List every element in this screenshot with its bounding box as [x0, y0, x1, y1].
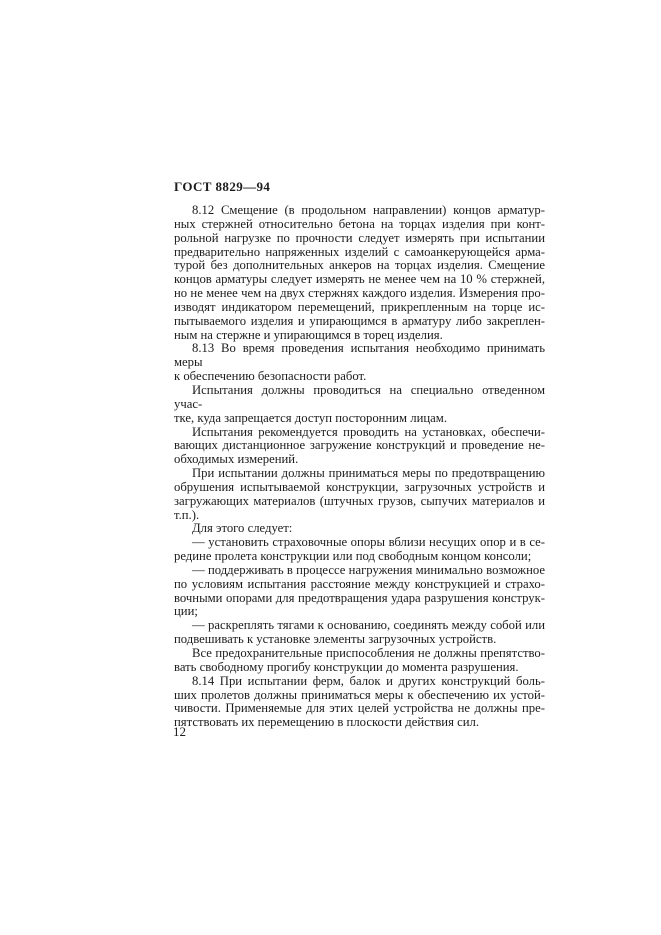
paragraph: — поддерживать в процессе нагружения мин… [174, 564, 545, 619]
text-line: 8.13 Во время проведения испытания необх… [174, 342, 545, 370]
text-line: рольной нагрузке по прочности следует из… [174, 232, 545, 246]
text-line: загружающих материалов (штучных грузов, … [174, 495, 545, 509]
text-line: ции; [174, 605, 545, 619]
text-line: вающих дистанционное загружение конструк… [174, 439, 545, 453]
document-header: ГОСТ 8829—94 [174, 179, 270, 195]
text-line: пятствовать их перемещению в плоскости д… [174, 716, 545, 730]
text-line: При испытании должны приниматься меры по… [174, 467, 545, 481]
text-line: редине пролета конструкции или под свобо… [174, 550, 545, 564]
text-line: — раскреплять тягами к основанию, соедин… [174, 619, 545, 633]
text-line: к обеспечению безопасности работ. [174, 370, 545, 384]
text-line: турой без дополнительных анкеров на торц… [174, 259, 545, 273]
text-line: вочными опорами для предотвращения удара… [174, 592, 545, 606]
paragraph: 8.13 Во время проведения испытания необх… [174, 342, 545, 384]
paragraph: Все предохранительные приспособления не … [174, 647, 545, 675]
text-line: изводят индикатором перемещений, прикреп… [174, 301, 545, 315]
text-line: 8.12 Смещение (в продольном направлении)… [174, 204, 545, 218]
paragraph: Испытания должны проводиться на специаль… [174, 384, 545, 426]
text-line: но не менее чем на двух стержнях каждого… [174, 287, 545, 301]
text-line: — поддерживать в процессе нагружения мин… [174, 564, 545, 578]
paragraph: — установить страховочные опоры вблизи н… [174, 536, 545, 564]
text-line: обрушения испытываемой конструкции, загр… [174, 481, 545, 495]
text-line: вать свободному прогибу конструкции до м… [174, 661, 545, 675]
text-line: чивости. Применяемые для этих целей устр… [174, 702, 545, 716]
text-line: 8.14 При испытании ферм, балок и других … [174, 675, 545, 689]
text-line: — установить страховочные опоры вблизи н… [174, 536, 545, 550]
paragraph: Испытания рекомендуется проводить на уст… [174, 426, 545, 468]
document-page: ГОСТ 8829—94 8.12 Смещение (в продольном… [0, 0, 661, 935]
document-body: 8.12 Смещение (в продольном направлении)… [174, 204, 545, 730]
text-line: концов арматуры следует измерять не мене… [174, 273, 545, 287]
text-line: подвешивать к установке элементы загрузо… [174, 633, 545, 647]
text-line: тке, куда запрещается доступ посторонним… [174, 412, 545, 426]
paragraph: 8.14 При испытании ферм, балок и других … [174, 675, 545, 730]
text-line: Испытания рекомендуется проводить на уст… [174, 426, 545, 440]
text-line: т.п.). [174, 509, 545, 523]
text-line: Испытания должны проводиться на специаль… [174, 384, 545, 412]
text-line: Для этого следует: [174, 522, 545, 536]
text-line: по условиям испытания расстояние между к… [174, 578, 545, 592]
text-line: предварительно напряженных изделий с сам… [174, 246, 545, 260]
text-line: ных стержней относительно бетона на торц… [174, 218, 545, 232]
paragraph: Для этого следует: [174, 522, 545, 536]
text-line: ным на стержне и упирающимся в торец изд… [174, 329, 545, 343]
page-number: 12 [173, 724, 186, 740]
text-line: обходимых измерений. [174, 453, 545, 467]
text-line: пытываемого изделия и упирающимся в арма… [174, 315, 545, 329]
paragraph: — раскреплять тягами к основанию, соедин… [174, 619, 545, 647]
paragraph: 8.12 Смещение (в продольном направлении)… [174, 204, 545, 342]
text-line: Все предохранительные приспособления не … [174, 647, 545, 661]
text-line: ших пролетов должны приниматься меры к о… [174, 689, 545, 703]
paragraph: При испытании должны приниматься меры по… [174, 467, 545, 522]
